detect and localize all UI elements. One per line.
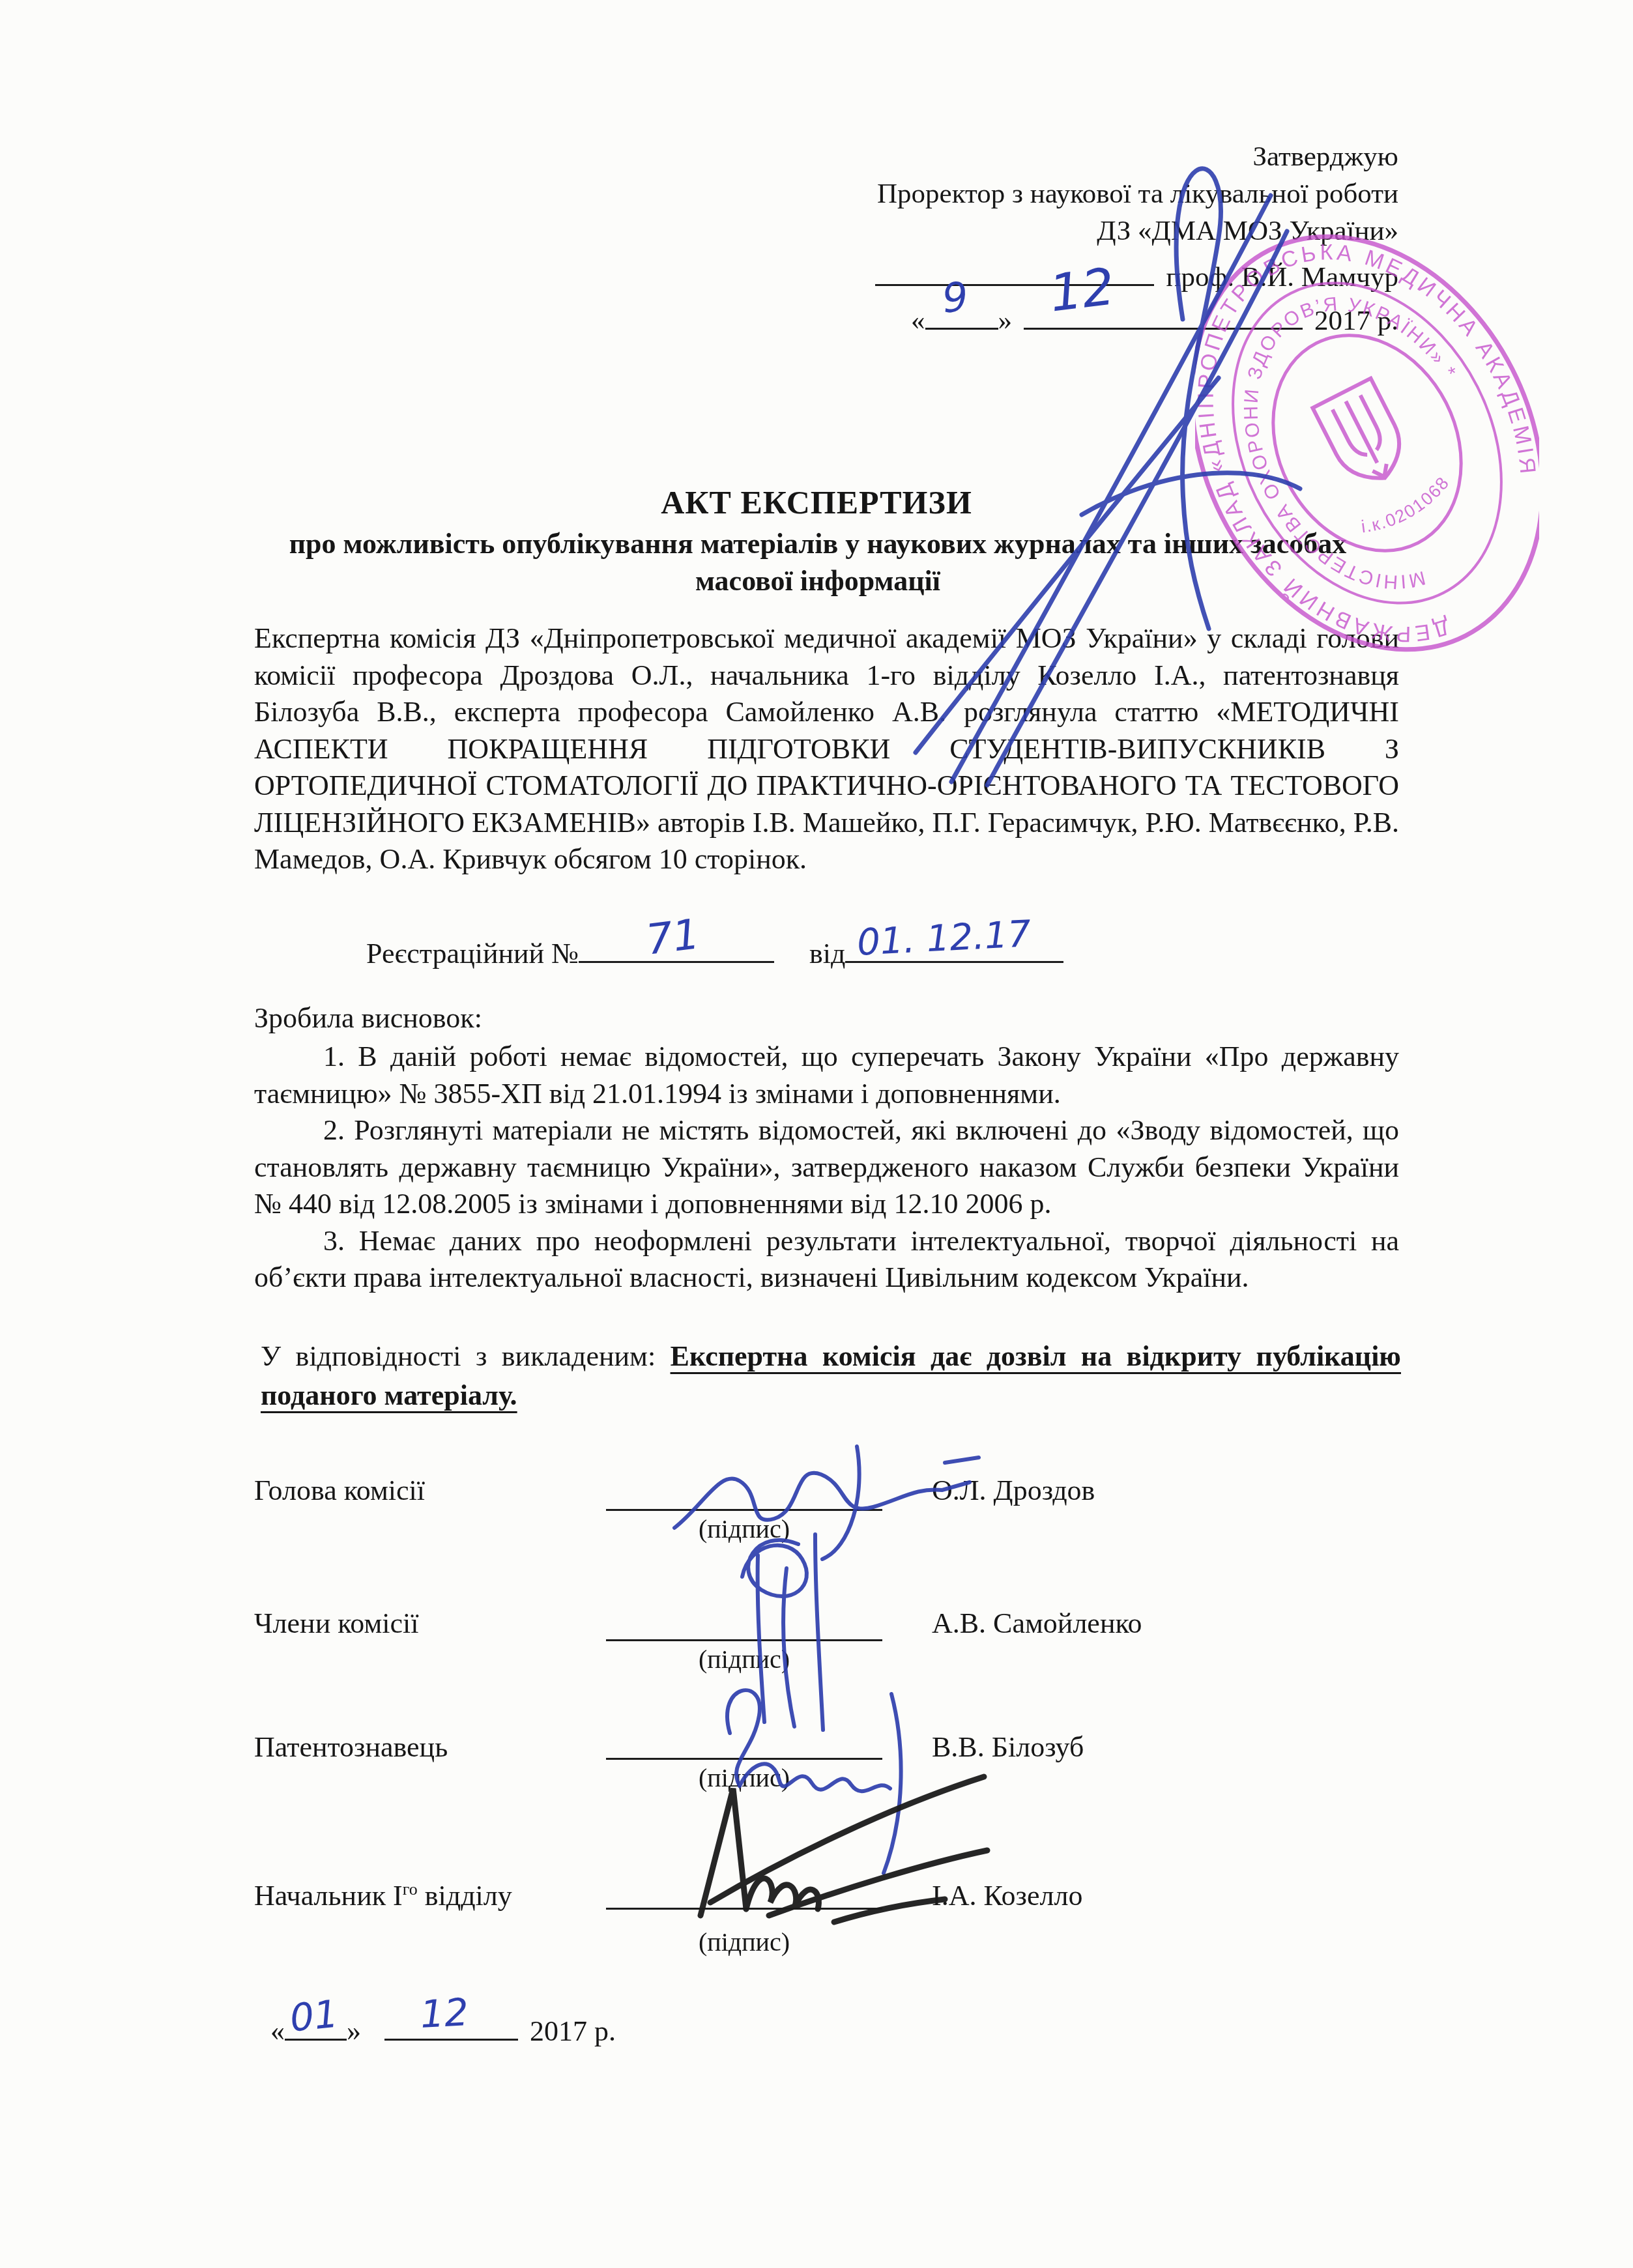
conclusion-item-2: 2. Розглянуті матеріали не містять відом… <box>254 1112 1399 1223</box>
handwritten-bottom-month: 12 <box>419 1990 469 2037</box>
signer-role-members: Члени комісії <box>254 1607 419 1640</box>
scanned-document-page: Затверджую Проректор з наукової та лікув… <box>0 0 1633 2268</box>
signer-name-kozello: І.А. Козелло <box>932 1879 1082 1912</box>
signature-rule <box>606 1758 882 1760</box>
role-suffix: відділу <box>418 1880 512 1912</box>
signature-rule <box>606 1908 882 1910</box>
approval-month-blank: 12 <box>1024 304 1303 330</box>
approver-role: Проректор з наукової та лікувальної робо… <box>717 175 1398 212</box>
approval-day-blank: 9 <box>925 304 998 330</box>
bottom-month-blank: 12 <box>384 2015 518 2041</box>
conclusion-heading: Зробила висновок: <box>254 1001 482 1035</box>
role-sup: го <box>403 1880 418 1899</box>
role-text: Голова комісії <box>254 1474 425 1506</box>
signature-rule <box>606 1509 882 1511</box>
handwritten-approval-month: 12 <box>1048 269 1116 314</box>
podpis-label: (підпис) <box>606 1644 882 1674</box>
approve-word: Затверджую <box>717 138 1398 175</box>
podpis-label: (підпис) <box>606 1762 882 1793</box>
conclusion-items: 1. В даній роботі немає відомостей, що с… <box>254 1039 1399 1297</box>
approver-org: ДЗ «ДМА МОЗ України» <box>717 212 1398 250</box>
statement-prefix: У відповідності з викладеним: <box>261 1340 671 1372</box>
signer-name-samoylenko: А.В. Самойленко <box>932 1607 1142 1640</box>
signature-field-members: (підпис) <box>606 1639 882 1674</box>
role-text: Начальник І <box>254 1880 403 1912</box>
handwritten-registration-number: 71 <box>644 910 702 964</box>
approver-name: проф. В.Й. Мамчур <box>1166 262 1398 293</box>
approval-year: 2017 р. <box>1314 306 1398 336</box>
close-quote: » <box>347 2015 361 2047</box>
podpis-label: (підпис) <box>606 1514 882 1544</box>
approval-block: Затверджую Проректор з наукової та лікув… <box>717 138 1398 339</box>
document-subtitle: про можливість опублікування матеріалів … <box>244 525 1391 599</box>
registration-from-label: від <box>809 938 845 969</box>
registration-label: Реєстраційний № <box>366 938 579 969</box>
handwritten-approval-day: 9 <box>940 278 969 317</box>
approval-date-line: «9»122017 р. <box>717 302 1398 339</box>
bottom-date-line: «01»122017 р. <box>270 2015 616 2048</box>
document-title: АКТ ЕКСПЕРТИЗИ <box>0 483 1633 521</box>
role-text: Члени комісії <box>254 1607 419 1639</box>
handwritten-bottom-day: 01 <box>288 1991 341 2040</box>
resolution-statement: У відповідності з викладеним: Експертна … <box>261 1337 1401 1415</box>
signer-name-drozdov: О.Л. Дроздов <box>932 1474 1095 1507</box>
signer-role-patent: Патентознавець <box>254 1730 448 1764</box>
bottom-year: 2017 р. <box>530 2015 616 2047</box>
signature-field-head: (підпис) <box>606 1509 882 1544</box>
bottom-day-blank: 01 <box>285 2015 347 2041</box>
signature-field-patent: (підпис) <box>606 1758 882 1793</box>
registration-line: Реєстраційний №71від01. 12.17 <box>254 937 1399 970</box>
signature-samoylenko-ink <box>694 1515 896 1736</box>
signature-field-first-dept: (підпис) <box>606 1908 882 1957</box>
close-quote: » <box>998 306 1013 336</box>
signature-rule <box>606 1639 882 1641</box>
open-quote: « <box>270 2015 285 2047</box>
handwritten-registration-date: 01. 12.17 <box>856 913 1032 964</box>
conclusion-item-1: 1. В даній роботі немає відомостей, що с… <box>254 1039 1399 1112</box>
registration-number-blank: 71 <box>579 937 774 963</box>
trident-emblem-icon <box>1312 379 1413 493</box>
signer-role-head: Голова комісії <box>254 1474 425 1507</box>
podpis-label: (підпис) <box>606 1927 882 1957</box>
registration-date-blank: 01. 12.17 <box>845 937 1063 963</box>
signer-role-first-dept: Начальник Іго відділу <box>254 1879 512 1912</box>
role-text: Патентознавець <box>254 1731 448 1763</box>
signer-name-bilozub: В.В. Білозуб <box>932 1730 1084 1764</box>
conclusion-item-3: 3. Немає даних про неоформлені результат… <box>254 1223 1399 1297</box>
commission-paragraph: Експертна комісія ДЗ «Дніпропетровської … <box>254 620 1399 878</box>
open-quote: « <box>911 306 925 336</box>
